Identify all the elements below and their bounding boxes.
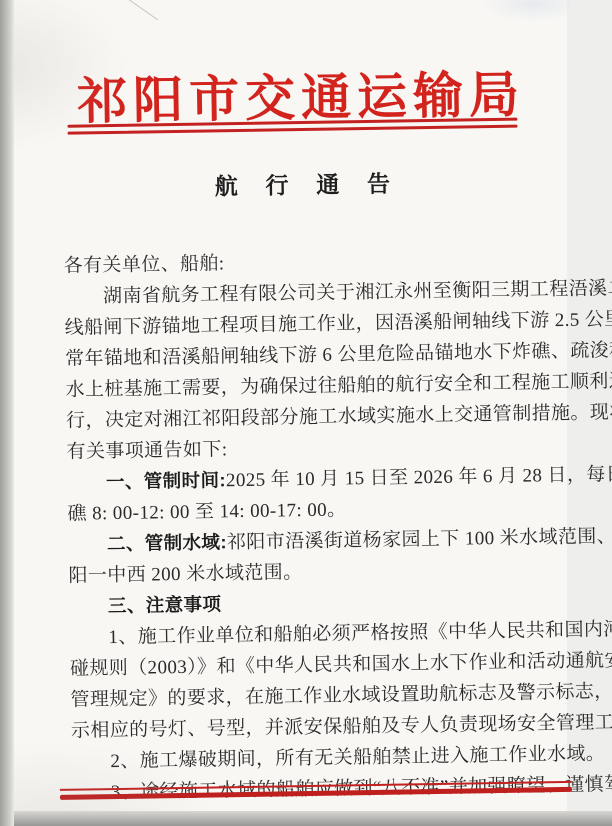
- photo-background-left-edge: [0, 0, 14, 826]
- notice-body: 各有关单位、船舶: 湖南省航务工程有限公司关于湘江永州至衡阳三期工程浯溪二 线船…: [63, 243, 584, 809]
- document-sheet: 祁阳市交通运输局 航 行 通 告 各有关单位、船舶: 湖南省航务工程有限公司关于…: [0, 0, 612, 826]
- notice-title: 航 行 通 告: [0, 162, 609, 205]
- photo-background-bottom-edge: [0, 811, 612, 826]
